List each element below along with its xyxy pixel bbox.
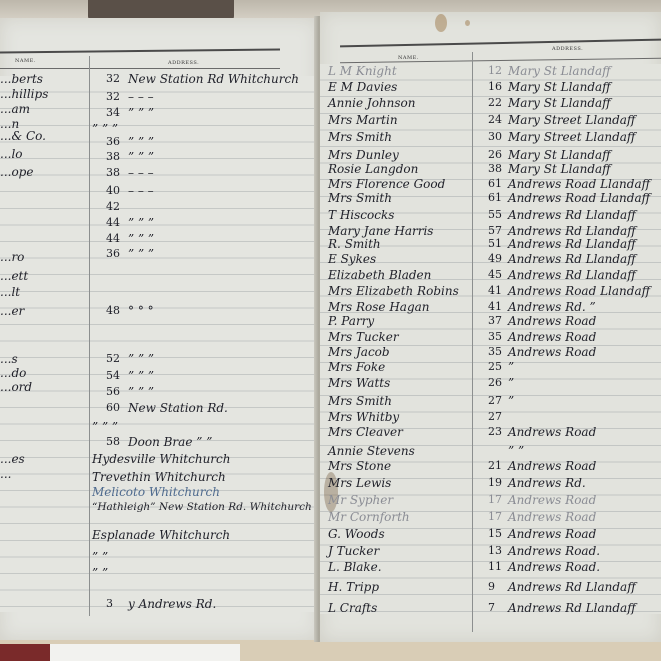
- header-rule: [0, 49, 280, 54]
- name-entry: L. Blake.: [328, 560, 382, 574]
- name-entry: J Tucker: [328, 544, 379, 558]
- house-number: 35: [488, 345, 502, 359]
- name-entry: Mrs Martin: [328, 113, 398, 127]
- house-number: 54: [106, 369, 120, 383]
- address-entry: Andrews Rd Llandaff: [508, 601, 636, 615]
- white-sheet: [50, 644, 240, 661]
- house-number: 41: [488, 300, 502, 314]
- address-entry: Andrews Road: [508, 425, 596, 439]
- name-entry: Mrs Tucker: [328, 330, 399, 344]
- address-entry: Andrews Road: [508, 345, 596, 359]
- name-entry: ...: [0, 467, 11, 481]
- address-entry: Mary Street Llandaff: [508, 130, 635, 144]
- house-number: 27: [488, 410, 502, 424]
- address-entry: ” ” ”: [128, 247, 154, 261]
- name-entry: Mrs Stone: [328, 459, 391, 473]
- address-entry: New Station Rd.: [128, 401, 228, 415]
- address-entry: Andrews Rd.: [508, 476, 586, 490]
- address-entry: Andrews Rd Llandaff: [508, 580, 636, 594]
- name-entry: P. Parry: [328, 314, 374, 328]
- name-entry: ...lo: [0, 147, 23, 161]
- name-entry: Mrs Rose Hagan: [328, 300, 430, 314]
- address-entry: Andrews Rd. ”: [508, 300, 596, 314]
- address-entry: ” ” ”: [128, 369, 154, 383]
- name-entry: R. Smith: [328, 237, 381, 251]
- house-number: 51: [488, 237, 502, 251]
- address-entry: Andrews Rd Llandaff: [508, 268, 636, 282]
- house-number: 61: [488, 177, 502, 191]
- house-number: 27: [488, 394, 502, 408]
- address-entry: Andrews Road: [508, 314, 596, 328]
- house-number: 24: [488, 113, 502, 127]
- header-rule: [340, 58, 661, 63]
- address-entry: Andrews Road Llandaff: [508, 284, 650, 298]
- name-entry: E M Davies: [328, 80, 397, 94]
- name-entry: E Sykes: [328, 252, 376, 266]
- house-number: 21: [488, 459, 502, 473]
- house-number: 49: [488, 252, 502, 266]
- house-number: 44: [106, 216, 120, 230]
- address-entry: Andrews Rd Llandaff: [508, 208, 636, 222]
- house-number: 13: [488, 544, 502, 558]
- name-entry: Elizabeth Bladen: [328, 268, 431, 282]
- name-entry: ...ope: [0, 165, 33, 179]
- house-number: 38: [106, 150, 120, 164]
- house-number: 40: [106, 184, 120, 198]
- address-entry: Mary Street Llandaff: [508, 113, 635, 127]
- house-number: 15: [488, 527, 502, 541]
- name-entry: L M Knight: [328, 64, 397, 78]
- house-number: 23: [488, 425, 502, 439]
- name-entry: ...& Co.: [0, 129, 46, 143]
- address-entry: Mary St Llandaff: [508, 162, 611, 176]
- address-entry: ” ”: [508, 444, 524, 458]
- house-number: 58: [106, 435, 120, 449]
- header-rule: [340, 39, 661, 48]
- column-divider: [472, 52, 473, 632]
- address-entry: ” ”: [92, 566, 108, 580]
- address-entry: y Andrews Rd.: [128, 597, 216, 611]
- address-entry: Andrews Rd Llandaff: [508, 252, 636, 266]
- right-page: NAME. ADDRESS. L M Knight12Mary St Lland…: [320, 12, 661, 642]
- address-entry: – – –: [128, 90, 154, 104]
- name-entry: ...am: [0, 102, 30, 116]
- name-entry: Mrs Smith: [328, 130, 392, 144]
- name-entry: Mrs Dunley: [328, 148, 399, 162]
- address-entry: ” ” ”: [128, 106, 154, 120]
- name-entry: L Crafts: [328, 601, 377, 615]
- address-entry: ” ” ”: [92, 122, 118, 136]
- house-number: 30: [488, 130, 502, 144]
- name-entry: ...s: [0, 352, 18, 366]
- address-entry: ”: [508, 394, 514, 408]
- address-entry: ” ” ”: [128, 135, 154, 149]
- address-entry: Andrews Road: [508, 510, 596, 524]
- house-number: 61: [488, 191, 502, 205]
- address-entry: ” ” ”: [128, 385, 154, 399]
- house-number: 57: [488, 224, 502, 238]
- address-entry: Andrews Road: [508, 493, 596, 507]
- name-entry: H. Tripp: [328, 580, 379, 594]
- address-entry: ” ” ”: [128, 150, 154, 164]
- address-entry: Trevethin Whitchurch: [92, 470, 226, 484]
- address-entry: “Hathleigh” New Station Rd. Whitchurch: [92, 500, 312, 514]
- name-entry: Mrs Foke: [328, 360, 385, 374]
- address-entry: Andrews Rd Llandaff: [508, 224, 636, 238]
- stain: [465, 20, 470, 26]
- house-number: 44: [106, 232, 120, 246]
- address-entry: Melicoto Whitchurch: [92, 485, 220, 499]
- address-entry: Mary St Llandaff: [508, 64, 611, 78]
- house-number: 32: [106, 90, 120, 104]
- name-entry: Mr Sypher: [328, 493, 393, 507]
- address-entry: Andrews Road: [508, 330, 596, 344]
- name-entry: ...ett: [0, 269, 28, 283]
- house-number: 38: [106, 166, 120, 180]
- house-number: 60: [106, 401, 120, 415]
- house-number: 41: [488, 284, 502, 298]
- house-number: 22: [488, 96, 502, 110]
- address-entry: Hydesville Whitchurch: [92, 452, 230, 466]
- address-column-header: ADDRESS.: [552, 46, 583, 52]
- address-entry: ”: [508, 376, 514, 390]
- address-entry: ” ” ”: [128, 216, 154, 230]
- name-entry: Mrs Smith: [328, 394, 392, 408]
- header-rule: [0, 68, 280, 69]
- name-entry: G. Woods: [328, 527, 385, 541]
- name-entry: ...do: [0, 366, 26, 380]
- house-number: 7: [488, 601, 495, 615]
- house-number: 17: [488, 510, 502, 524]
- address-entry: Mary St Llandaff: [508, 96, 611, 110]
- red-object: [0, 644, 50, 661]
- name-entry: Mrs Elizabeth Robins: [328, 284, 459, 298]
- house-number: 56: [106, 385, 120, 399]
- house-number: 45: [488, 268, 502, 282]
- name-column-header: NAME.: [15, 58, 36, 64]
- address-entry: Mary St Llandaff: [508, 80, 611, 94]
- address-entry: ” ”: [92, 550, 108, 564]
- house-number: 12: [488, 64, 502, 78]
- house-number: 42: [106, 200, 120, 214]
- address-column-header: ADDRESS.: [168, 60, 199, 66]
- column-divider: [89, 56, 90, 616]
- house-number: 32: [106, 72, 120, 86]
- name-entry: ...ord: [0, 380, 32, 394]
- address-entry: Andrews Road: [508, 527, 596, 541]
- address-entry: – – –: [128, 184, 154, 198]
- left-page: NAME. ADDRESS. ...berts...hillips...am..…: [0, 18, 318, 640]
- house-number: 11: [488, 560, 502, 574]
- name-entry: Annie Stevens: [328, 444, 415, 458]
- name-entry: T Hiscocks: [328, 208, 394, 222]
- name-entry: Mary Jane Harris: [328, 224, 433, 238]
- name-entry: Mrs Smith: [328, 191, 392, 205]
- house-number: 55: [488, 208, 502, 222]
- address-entry: – – –: [128, 166, 154, 180]
- name-entry: Rosie Langdon: [328, 162, 418, 176]
- house-number: 17: [488, 493, 502, 507]
- name-entry: ...berts: [0, 72, 43, 86]
- name-entry: ...es: [0, 452, 25, 466]
- name-entry: Mrs Whitby: [328, 410, 399, 424]
- house-number: 52: [106, 352, 120, 366]
- house-number: 19: [488, 476, 502, 490]
- house-number: 37: [488, 314, 502, 328]
- address-entry: Andrews Road.: [508, 544, 600, 558]
- name-entry: Mrs Jacob: [328, 345, 390, 359]
- name-entry: Mrs Florence Good: [328, 177, 445, 191]
- house-number: 26: [488, 376, 502, 390]
- address-entry: Mary St Llandaff: [508, 148, 611, 162]
- house-number: 34: [106, 106, 120, 120]
- address-entry: Andrews Road.: [508, 560, 600, 574]
- name-column-header: NAME.: [398, 55, 419, 61]
- address-entry: Esplanade Whitchurch: [92, 528, 230, 542]
- address-entry: Andrews Road Llandaff: [508, 191, 650, 205]
- stain: [435, 14, 447, 32]
- house-number: 35: [488, 330, 502, 344]
- address-entry: ” ” ”: [128, 352, 154, 366]
- house-number: 25: [488, 360, 502, 374]
- address-entry: Andrews Rd Llandaff: [508, 237, 636, 251]
- house-number: 26: [488, 148, 502, 162]
- house-number: 3: [106, 597, 113, 611]
- address-entry: ° ° °: [128, 304, 154, 318]
- house-number: 48: [106, 304, 120, 318]
- name-entry: ...er: [0, 304, 24, 318]
- name-entry: ...lt: [0, 285, 20, 299]
- house-number: 36: [106, 247, 120, 261]
- name-entry: Mrs Watts: [328, 376, 390, 390]
- address-entry: ”: [508, 360, 514, 374]
- address-entry: ” ” ”: [128, 232, 154, 246]
- name-entry: Mr Cornforth: [328, 510, 410, 524]
- house-number: 16: [488, 80, 502, 94]
- address-entry: Andrews Road: [508, 459, 596, 473]
- address-entry: ” ” ”: [92, 420, 118, 434]
- name-entry: Mrs Cleaver: [328, 425, 403, 439]
- house-number: 9: [488, 580, 495, 594]
- name-entry: ...hillips: [0, 87, 48, 101]
- address-entry: Andrews Road Llandaff: [508, 177, 650, 191]
- house-number: 36: [106, 135, 120, 149]
- house-number: 38: [488, 162, 502, 176]
- name-entry: Annie Johnson: [328, 96, 415, 110]
- address-entry: Doon Brae ” ”: [128, 435, 212, 449]
- name-entry: Mrs Lewis: [328, 476, 391, 490]
- address-entry: New Station Rd Whitchurch: [128, 72, 299, 86]
- name-entry: ...ro: [0, 250, 24, 264]
